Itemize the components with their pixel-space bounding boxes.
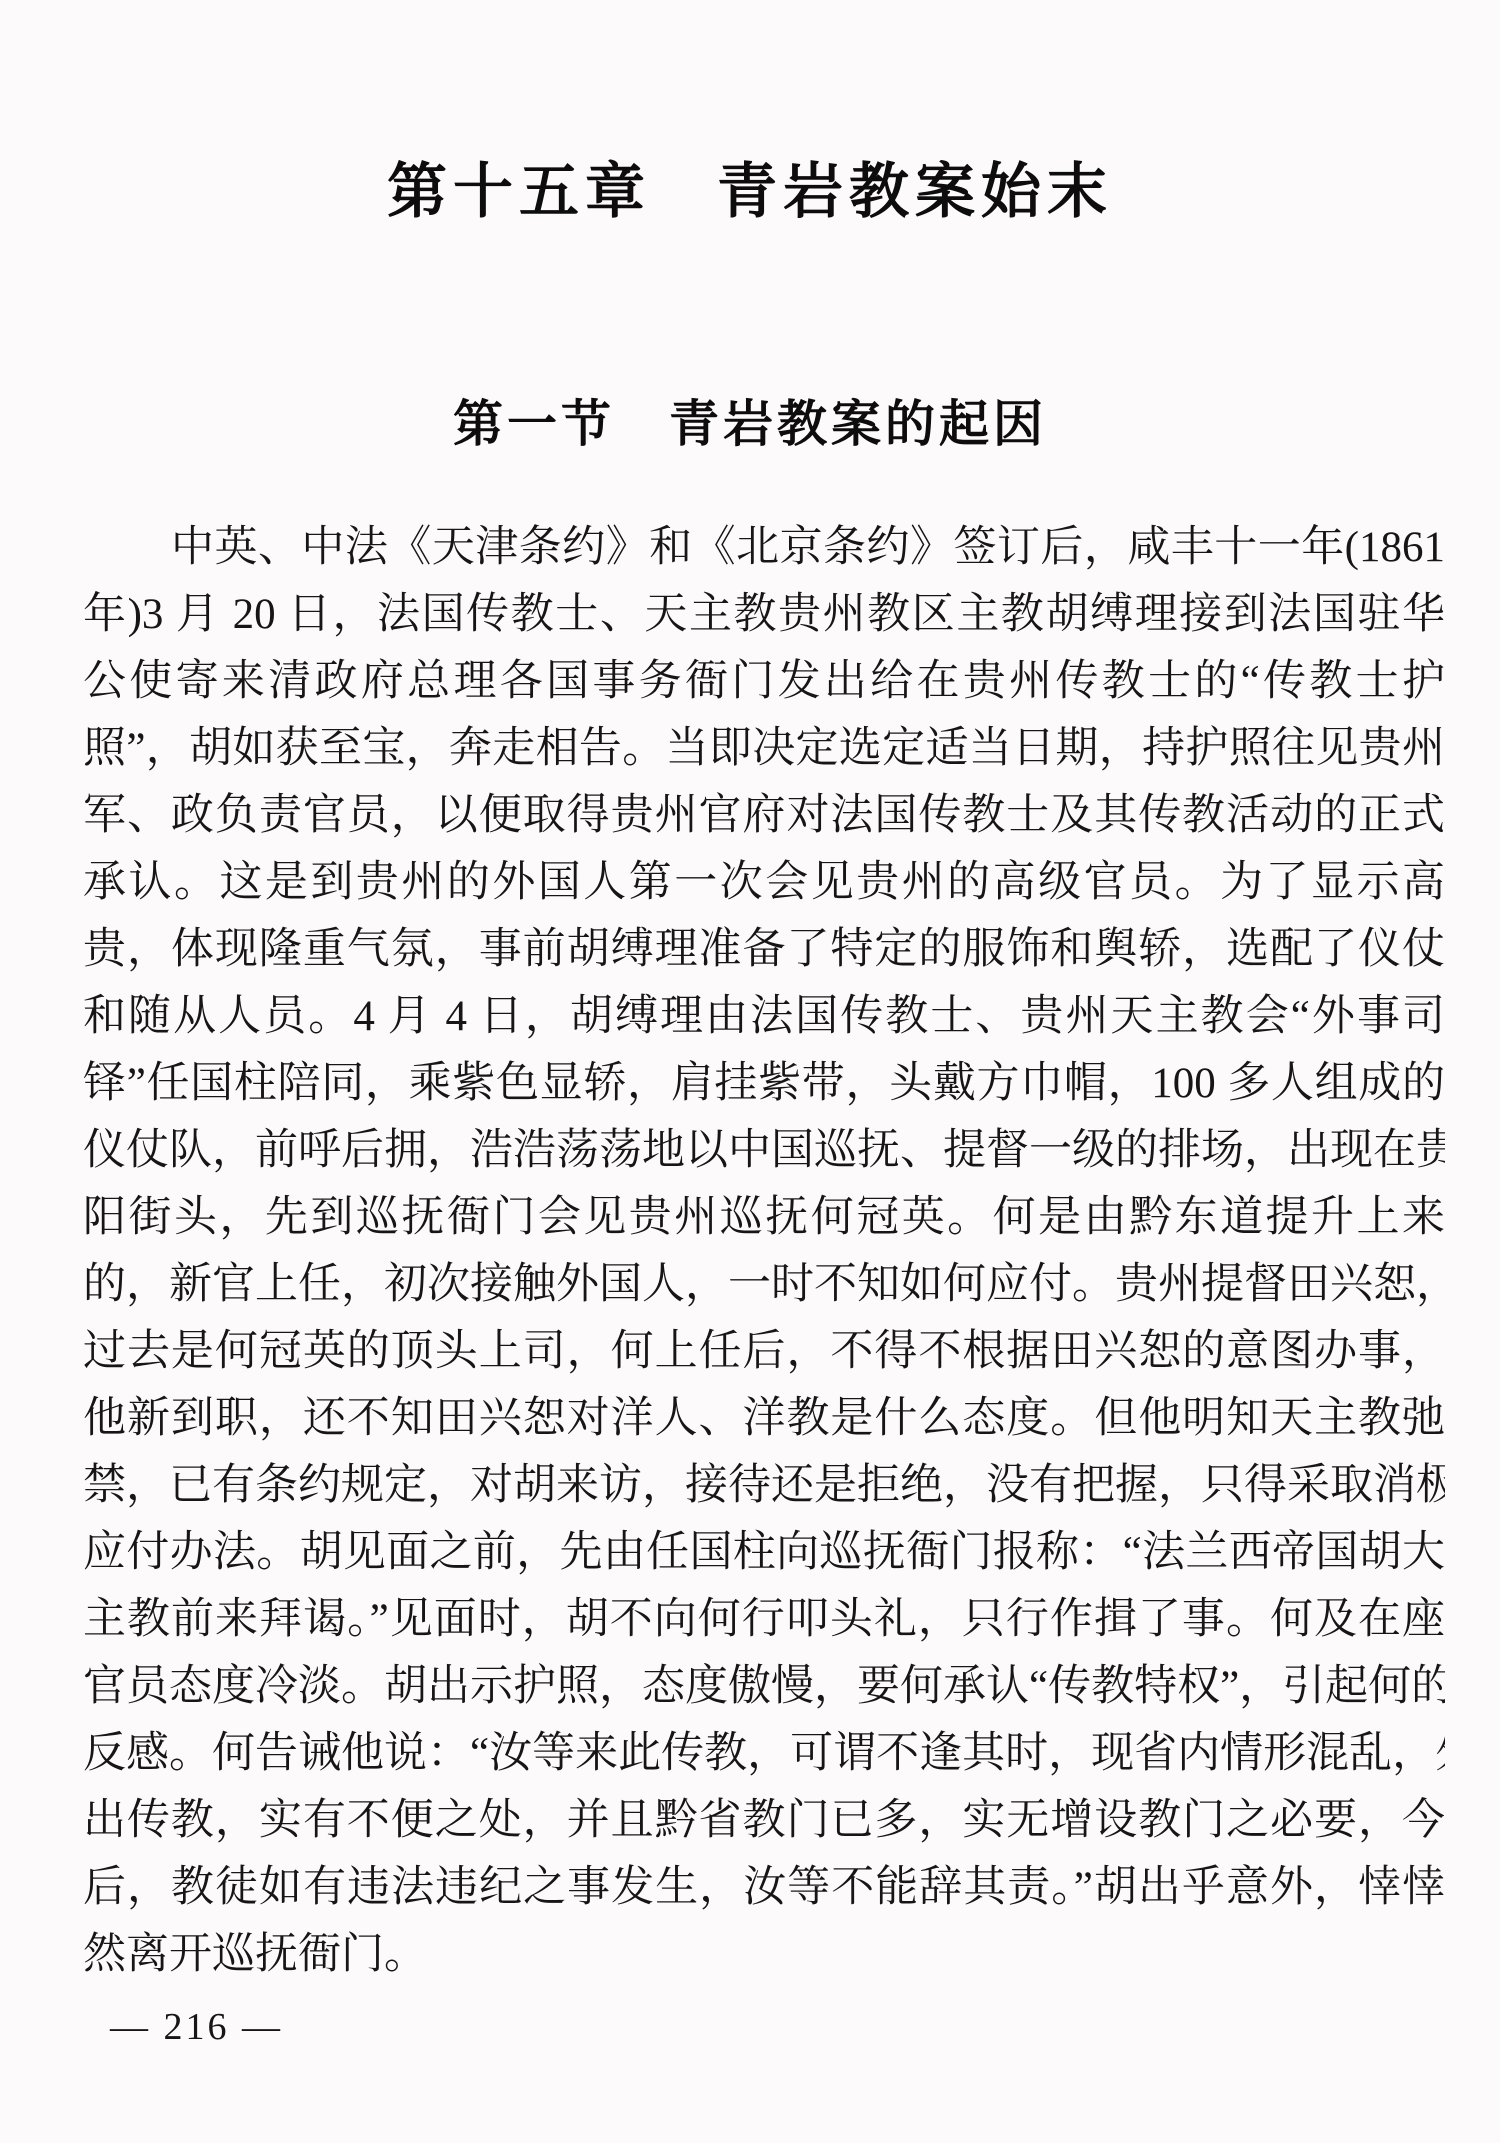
text-line: 后，教徒如有违法违纪之事发生，汝等不能辞其责。”胡出乎意外，悻悻: [83, 1854, 1445, 1921]
section-title: 第一节 青岩教案的起因: [0, 394, 1500, 454]
text-line: 仪仗队，前呼后拥，浩浩荡荡地以中国巡抚、提督一级的排场，出现在贵: [83, 1117, 1445, 1184]
text-line: 反感。何告诫他说：“汝等来此传教，可谓不逢其时，现省内情形混乱，外: [83, 1720, 1445, 1787]
body-paragraph: 中英、中法《天津条约》和《北京条约》签订后，咸丰十一年(1861年)3 月 20…: [83, 514, 1445, 1988]
text-line: 中英、中法《天津条约》和《北京条约》签订后，咸丰十一年(1861: [83, 514, 1445, 581]
text-line: 应付办法。胡见面之前，先由任国柱向巡抚衙门报称：“法兰西帝国胡大: [83, 1519, 1445, 1586]
text-line: 军、政负责官员，以便取得贵州官府对法国传教士及其传教活动的正式: [83, 782, 1445, 849]
text-line: 公使寄来清政府总理各国事务衙门发出给在贵州传教士的“传教士护: [83, 648, 1445, 715]
text-line: 贵，体现隆重气氛，事前胡缚理准备了特定的服饰和舆轿，选配了仪仗: [83, 916, 1445, 983]
text-line: 过去是何冠英的顶头上司，何上任后，不得不根据田兴恕的意图办事，: [83, 1318, 1445, 1385]
text-line: 出传教，实有不便之处，并且黔省教门已多，实无增设教门之必要，今: [83, 1787, 1445, 1854]
text-line: 和随从人员。4 月 4 日，胡缚理由法国传教士、贵州天主教会“外事司: [83, 983, 1445, 1050]
text-line: 禁，已有条约规定，对胡来访，接待还是拒绝，没有把握，只得采取消极: [83, 1452, 1445, 1519]
text-line: 官员态度冷淡。胡出示护照，态度傲慢，要何承认“传教特权”，引起何的: [83, 1653, 1445, 1720]
text-line: 承认。这是到贵州的外国人第一次会见贵州的高级官员。为了显示高: [83, 849, 1445, 916]
text-line: 年)3 月 20 日，法国传教士、天主教贵州教区主教胡缚理接到法国驻华: [83, 581, 1445, 648]
text-line: 然离开巡抚衙门。: [83, 1921, 1445, 1988]
chapter-title: 第十五章 青岩教案始末: [0, 158, 1500, 226]
text-line: 阳街头，先到巡抚衙门会见贵州巡抚何冠英。何是由黔东道提升上来: [83, 1184, 1445, 1251]
book-page: 第十五章 青岩教案始末 第一节 青岩教案的起因 中英、中法《天津条约》和《北京条…: [0, 0, 1500, 2143]
text-line: 主教前来拜谒。”见面时，胡不向何行叩头礼，只行作揖了事。何及在座: [83, 1586, 1445, 1653]
text-line: 照”，胡如获至宝，奔走相告。当即决定选定适当日期，持护照往见贵州: [83, 715, 1445, 782]
text-line: 他新到职，还不知田兴恕对洋人、洋教是什么态度。但他明知天主教弛: [83, 1385, 1445, 1452]
text-line: 的，新官上任，初次接触外国人，一时不知如何应付。贵州提督田兴恕，: [83, 1251, 1445, 1318]
text-line: 铎”任国柱陪同，乘紫色显轿，肩挂紫带，头戴方巾帽，100 多人组成的: [83, 1050, 1445, 1117]
page-number: — 216 —: [110, 2005, 283, 2049]
